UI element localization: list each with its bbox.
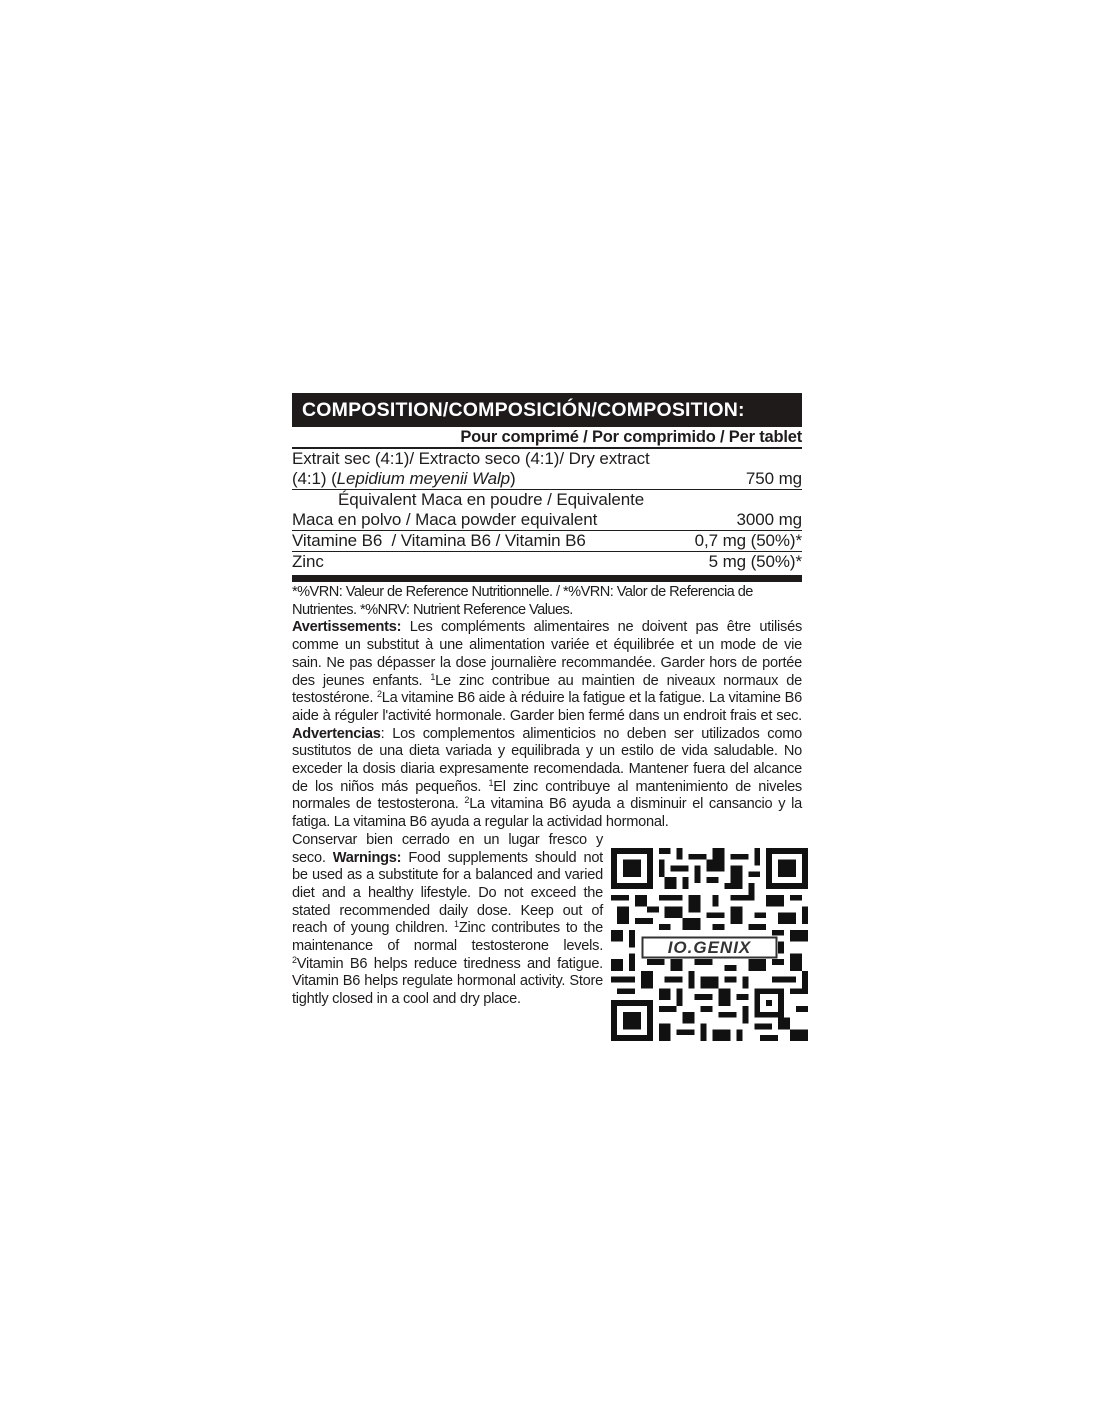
divider-bar xyxy=(292,575,802,582)
composition-title: COMPOSITION/COMPOSICIÓN/COMPOSITION: xyxy=(292,393,802,427)
ingredient-name: Vitamine B6 / Vitamina B6 / Vitamin B6 xyxy=(292,531,586,551)
row-maca-equivalent: Équivalent Maca en poudre / Equivalente … xyxy=(292,490,802,531)
ingredient-amount: 750 mg xyxy=(746,469,802,489)
per-tablet-header: Pour comprimé / Por comprimido / Per tab… xyxy=(292,427,802,449)
vrn-footnote: *%VRN: Valeur de Reference Nutritionnell… xyxy=(292,584,802,619)
row-dry-extract: Extrait sec (4:1)/ Extracto seco (4:1)/ … xyxy=(292,449,802,490)
warnings-en: Conservar bien cerrado en un lugar fresc… xyxy=(292,832,603,1009)
ingredient-name-line1: Extrait sec (4:1)/ Extracto seco (4:1)/ … xyxy=(292,449,650,469)
row-vitamin-b6: Vitamine B6 / Vitamina B6 / Vitamin B6 0… xyxy=(292,531,802,552)
qr-code[interactable]: IO.GENIX xyxy=(611,848,808,1041)
qr-brand-logo: IO.GENIX xyxy=(641,938,778,958)
warnings-fr-es: Avertissements: Les compléments alimenta… xyxy=(292,619,802,831)
ingredient-amount: 3000 mg xyxy=(737,510,802,530)
ingredient-amount: 5 mg (50%)* xyxy=(709,552,802,572)
row-zinc: Zinc 5 mg (50%)* xyxy=(292,552,802,572)
ingredient-amount: 0,7 mg (50%)* xyxy=(695,531,802,551)
ingredient-name-line1: Équivalent Maca en poudre / Equivalente xyxy=(338,490,644,510)
ingredient-name-line2: Maca en polvo / Maca powder equivalent xyxy=(292,510,597,530)
warnings-en-label: Warnings: xyxy=(333,850,402,866)
ingredient-name: Zinc xyxy=(292,552,324,572)
ingredient-name-line2: (4:1) (Lepidium meyenii Walp) xyxy=(292,469,516,489)
warnings-es-label: Advertencias xyxy=(292,726,381,742)
warnings-fr-label: Avertissements: xyxy=(292,619,401,635)
